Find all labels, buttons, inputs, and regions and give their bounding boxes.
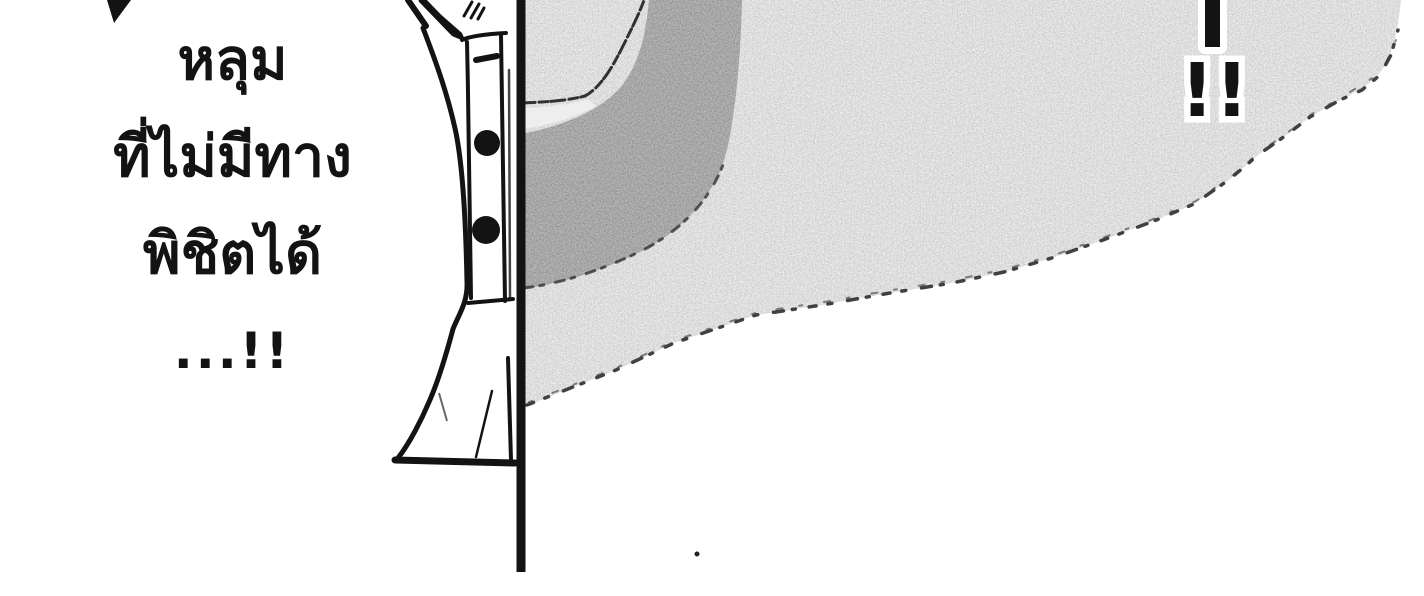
placket-right-line: [501, 36, 505, 301]
robe-right-edge: [508, 358, 511, 460]
shirt-edge-line: [509, 70, 510, 298]
robe-pleat-line-2: [439, 393, 447, 421]
speck-dot: [695, 552, 700, 557]
shirt-button-top: [474, 130, 500, 156]
speech-line-2: ที่ไม่มีทาง: [40, 109, 425, 206]
double-exclamation-text: !!: [1180, 48, 1250, 134]
buttonhole-dash: [476, 56, 497, 60]
robe-pleat-line: [476, 391, 492, 457]
exclamation-stem: [1205, 0, 1220, 47]
manga-page: !! หลุม ที่ไม่มีทาง พิชิตได้ ...!!: [0, 0, 1424, 596]
robe-bottom-line: [395, 460, 515, 463]
speech-line-4: ...!!: [40, 303, 425, 400]
speech-text-block: หลุม ที่ไม่มีทาง พิชิตได้ ...!!: [40, 12, 425, 400]
speech-line-1: หลุม: [40, 12, 425, 109]
shoulder-hatch-marks: [464, 2, 484, 19]
sand-screentone-area: [521, 0, 1401, 408]
collar-knot: [438, 12, 466, 42]
speech-line-3: พิชิตได้: [40, 206, 425, 303]
shirt-button-bottom: [472, 216, 500, 244]
panel-border-line: [517, 0, 526, 572]
